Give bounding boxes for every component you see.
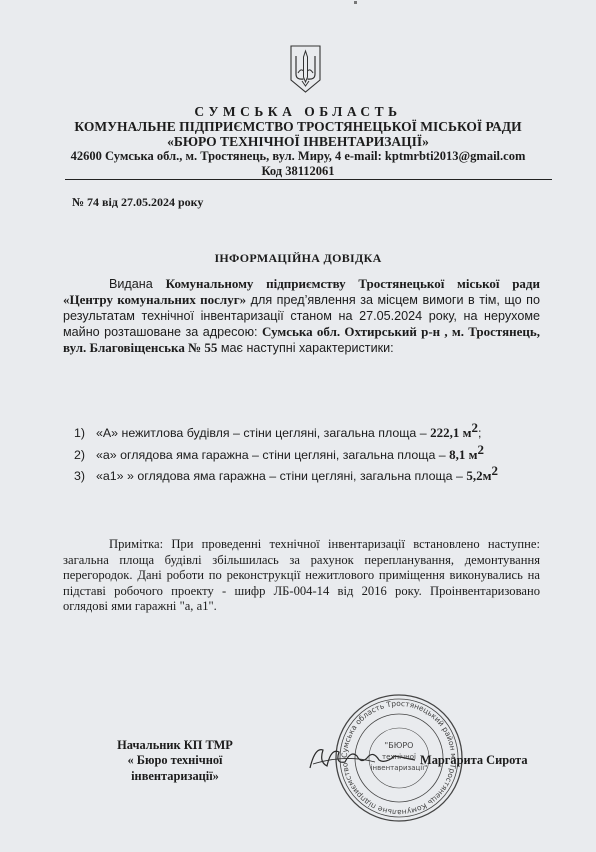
body-paragraph: Видана Комунальному підприємству Тростян… bbox=[63, 276, 540, 356]
item-suffix: ; bbox=[478, 426, 481, 440]
body-text-outro: має наступні характеристики: bbox=[217, 341, 393, 355]
document-title: ІНФОРМАЦІЙНА ДОВІДКА bbox=[0, 251, 596, 266]
signatory-position-line2: « Бюро технічної інвентаризації» bbox=[90, 753, 260, 784]
note-section: Примітка: При проведенні технічної інвен… bbox=[63, 537, 540, 615]
list-item: 1)«А» нежитлова будівля – стіни цегляні,… bbox=[74, 420, 498, 442]
list-item: 3)«а1» » оглядова яма гаражна – стіни це… bbox=[74, 463, 498, 485]
characteristics-list: 1)«А» нежитлова будівля – стіни цегляні,… bbox=[74, 420, 498, 485]
item-number: 3) bbox=[74, 468, 96, 485]
header-region: СУМСЬКА ОБЛАСТЬ bbox=[0, 104, 596, 120]
header-bureau: «БЮРО ТЕХНІЧНОЇ ІНВЕНТАРИЗАЦІЇ» bbox=[0, 134, 596, 150]
item-text: «а1» » оглядова яма гаражна – стіни цегл… bbox=[96, 469, 466, 483]
item-area: 5,2м bbox=[466, 468, 491, 483]
header-organization: КОМУНАЛЬНЕ ПІДПРИЄМСТВО ТРОСТЯНЕЦЬКОЇ МІ… bbox=[0, 119, 596, 135]
item-area-sup: 2 bbox=[477, 442, 484, 457]
item-number: 2) bbox=[74, 447, 96, 464]
handwritten-signature-icon bbox=[305, 742, 425, 772]
header-address: 42600 Сумська обл., м. Тростянець, вул. … bbox=[0, 149, 596, 164]
signatory-name: Маргарита Сирота bbox=[420, 753, 528, 768]
trident-emblem-icon bbox=[289, 44, 322, 94]
header-code: Код 38112061 bbox=[0, 164, 596, 179]
header-divider bbox=[65, 179, 552, 180]
document-number: № 74 від 27.05.2024 року bbox=[72, 195, 203, 210]
item-area-sup: 2 bbox=[491, 463, 498, 478]
item-area: 222,1 м bbox=[430, 425, 471, 440]
item-area: 8,1 м bbox=[449, 447, 477, 462]
document-body: Видана Комунальному підприємству Тростян… bbox=[63, 276, 540, 356]
list-item: 2)«а» оглядова яма гаражна – стіни цегля… bbox=[74, 442, 498, 464]
body-text-intro: Видана bbox=[109, 277, 166, 291]
item-text: «А» нежитлова будівля – стіни цегляні, з… bbox=[96, 426, 430, 440]
note-text: Примітка: При проведенні технічної інвен… bbox=[63, 537, 540, 615]
signatory-position: Начальник КП ТМР « Бюро технічної інвент… bbox=[90, 738, 260, 784]
item-text: «а» оглядова яма гаражна – стіни цегляні… bbox=[96, 448, 449, 462]
item-number: 1) bbox=[74, 425, 96, 442]
signatory-position-line1: Начальник КП ТМР bbox=[90, 738, 260, 753]
scan-speck bbox=[354, 1, 357, 4]
